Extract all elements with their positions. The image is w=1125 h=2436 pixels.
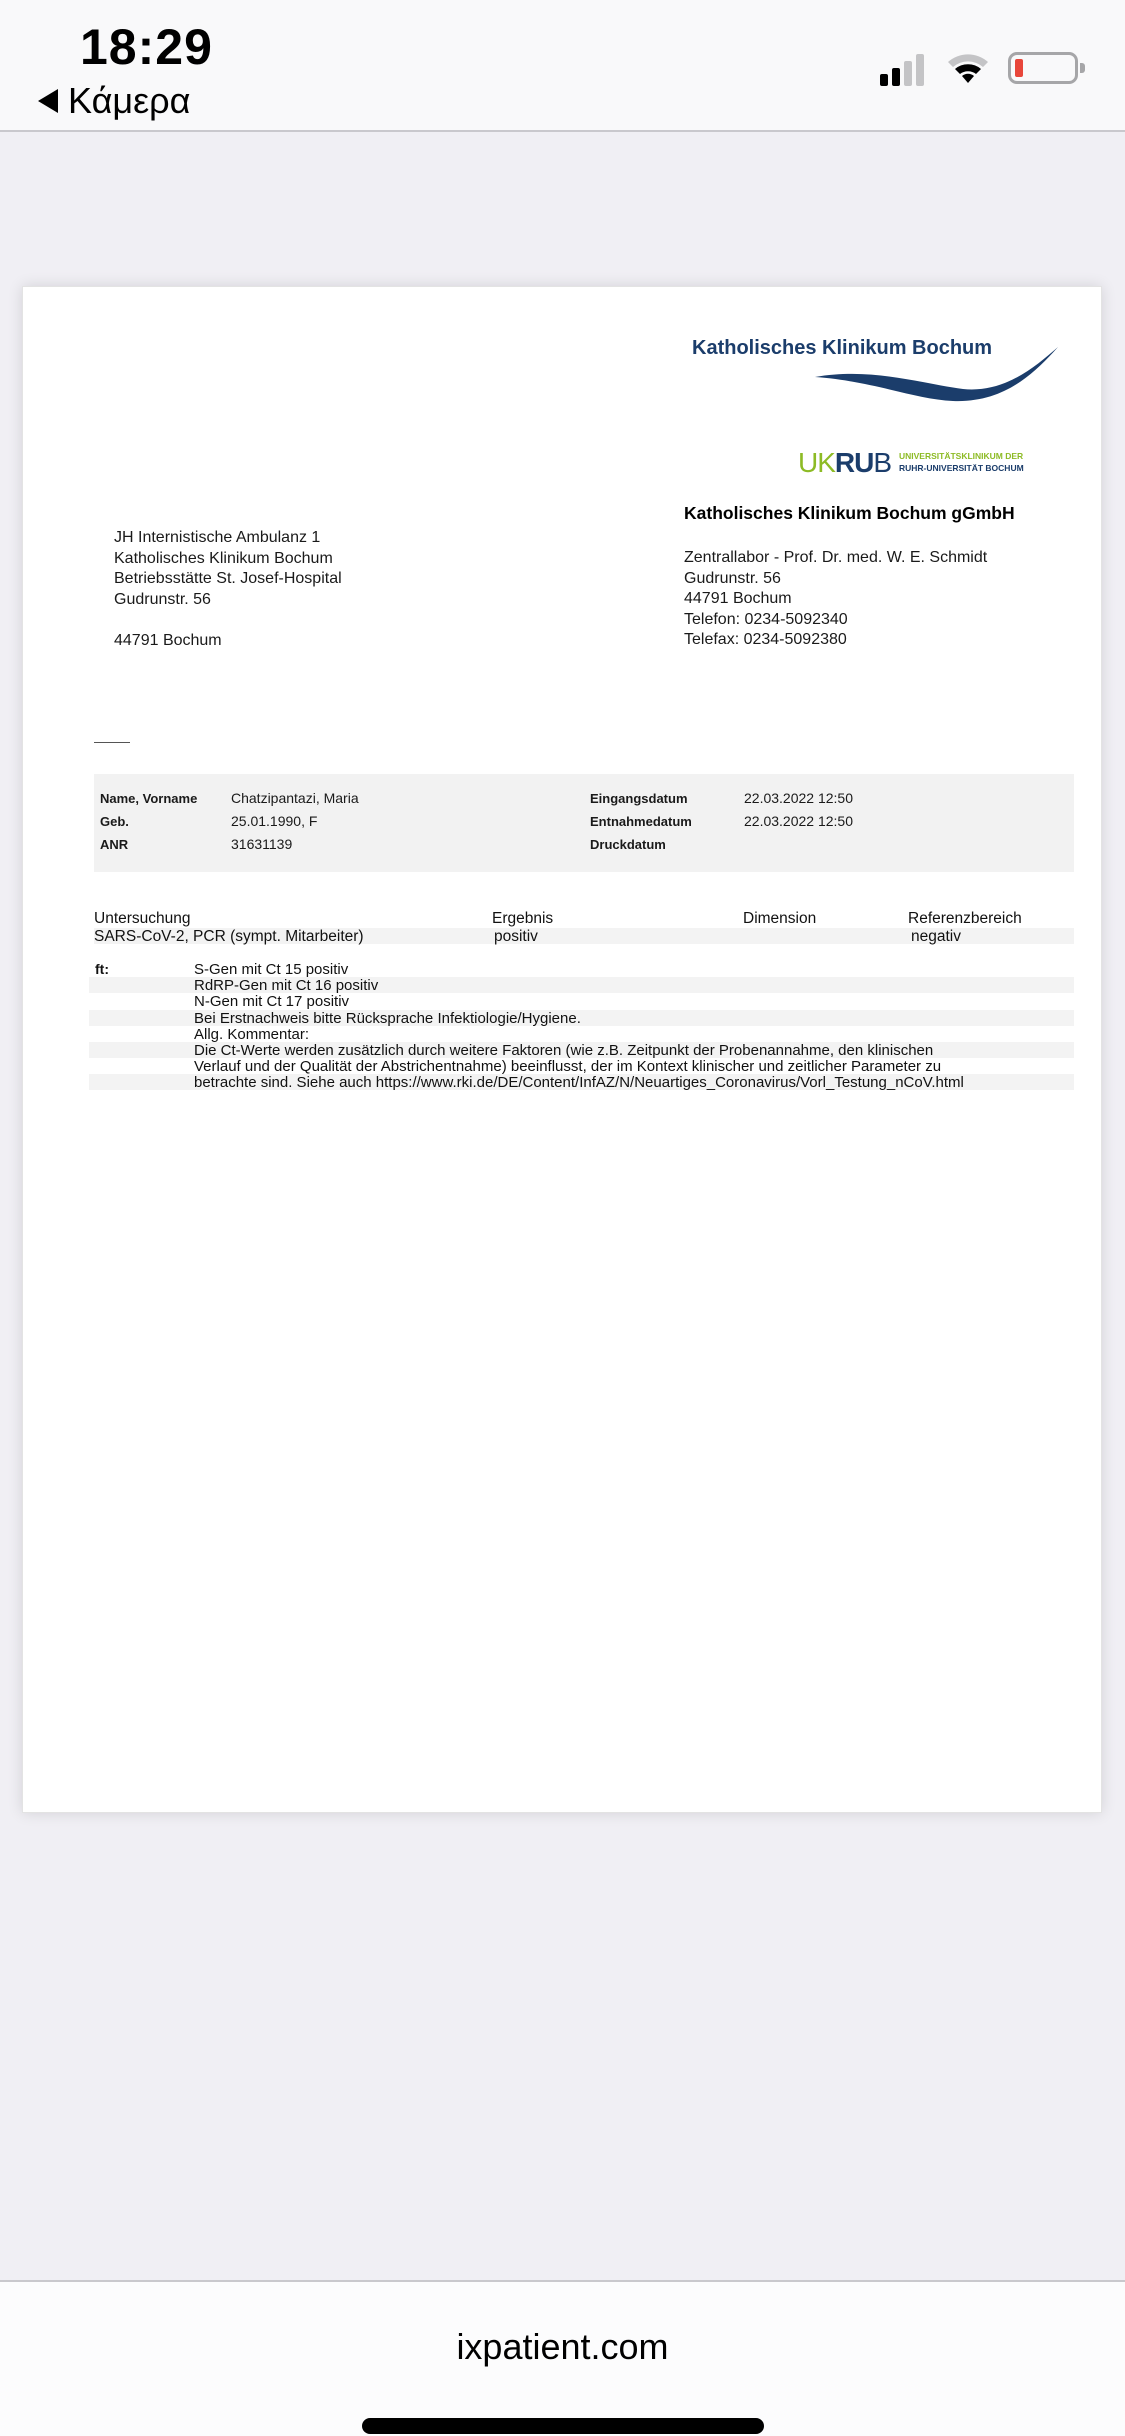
url-display[interactable]: ixpatient.com (0, 2326, 1125, 2368)
comment-line: Verlauf und der Qualität der Abstrichent… (89, 1058, 1074, 1074)
comment-line: Allg. Kommentar: (89, 1026, 1074, 1042)
logo-ukrub: UKRUB (798, 447, 891, 479)
clock: 18:29 (80, 18, 213, 76)
comment-line: betrachte sind. Siehe auch https://www.r… (89, 1074, 1074, 1090)
patient-birth: 25.01.1990, F (231, 813, 317, 829)
lab-report-page: Katholisches Klinikum Bochum St. Josef-H… (22, 286, 1102, 1813)
patient-info-box: Name, Vorname Chatzipantazi, Maria Geb. … (94, 774, 1074, 872)
comment-text: Allg. Kommentar: (194, 1026, 309, 1043)
back-to-camera-button[interactable]: Κάμερα (38, 80, 190, 122)
comment-text: betrachte sind. Siehe auch https://www.r… (194, 1074, 964, 1091)
comment-text: N-Gen mit Ct 17 positiv (194, 993, 349, 1010)
received-label: Eingangsdatum (590, 791, 688, 806)
anr-label: ANR (100, 837, 128, 852)
comment-text: S-Gen mit Ct 15 positiv (194, 961, 348, 978)
comment-line: N-Gen mit Ct 17 positiv (89, 993, 1074, 1009)
comment-line: RdRP-Gen mit Ct 16 positiv (89, 977, 1074, 993)
comment-line: Die Ct-Werte werden zusätzlich durch wei… (89, 1042, 1074, 1058)
divider (94, 742, 130, 743)
test-result: positiv (494, 928, 538, 946)
sampled-date: 22.03.2022 12:50 (744, 813, 853, 829)
back-arrow-icon (38, 89, 58, 113)
back-label: Κάμερα (68, 80, 190, 122)
test-reference: negativ (911, 928, 961, 946)
test-name: SARS-CoV-2, PCR (sympt. Mitarbeiter) (94, 928, 364, 946)
col-dimension: Dimension (743, 910, 816, 928)
comment-text: Bei Erstnachweis bitte Rücksprache Infek… (194, 1010, 581, 1027)
comment-text: Die Ct-Werte werden zusätzlich durch wei… (194, 1042, 933, 1059)
printed-label: Druckdatum (590, 837, 666, 852)
recipient-address: JH Internistische Ambulanz 1 Katholische… (114, 528, 342, 651)
sampled-label: Entnahmedatum (590, 814, 692, 829)
logo-swoosh-icon (813, 339, 1063, 409)
patient-anr: 31631139 (231, 836, 292, 852)
comment-key: ft: (95, 961, 109, 977)
wifi-icon (945, 50, 991, 86)
logo-university-text: UNIVERSITÄTSKLINIKUM DER RUHR-UNIVERSITÄ… (899, 450, 1024, 474)
sender-address: Zentrallabor - Prof. Dr. med. W. E. Schm… (684, 548, 987, 651)
patient-name: Chatzipantazi, Maria (231, 790, 359, 806)
birth-label: Geb. (100, 814, 129, 829)
battery-icon (1008, 52, 1078, 84)
comment-line: Bei Erstnachweis bitte Rücksprache Infek… (89, 1010, 1074, 1026)
comment-text: RdRP-Gen mit Ct 16 positiv (194, 977, 378, 994)
col-result: Ergebnis (492, 910, 553, 928)
cellular-signal-icon (880, 52, 924, 86)
browser-bottom-bar: ixpatient.com (0, 2280, 1125, 2436)
status-bar: 18:29 Κάμερα (0, 0, 1125, 132)
sender-org: Katholisches Klinikum Bochum gGmbH (684, 503, 1015, 524)
col-test: Untersuchung (94, 910, 191, 928)
col-reference: Referenzbereich (908, 910, 1022, 928)
name-label: Name, Vorname (100, 791, 197, 806)
received-date: 22.03.2022 12:50 (744, 790, 853, 806)
home-indicator[interactable] (362, 2418, 764, 2434)
comment-line: ft:S-Gen mit Ct 15 positiv (89, 961, 1074, 977)
table-row: SARS-CoV-2, PCR (sympt. Mitarbeiter) pos… (94, 928, 1074, 944)
results-header: Untersuchung Ergebnis Dimension Referenz… (94, 910, 1074, 926)
comment-text: Verlauf und der Qualität der Abstrichent… (194, 1058, 941, 1075)
